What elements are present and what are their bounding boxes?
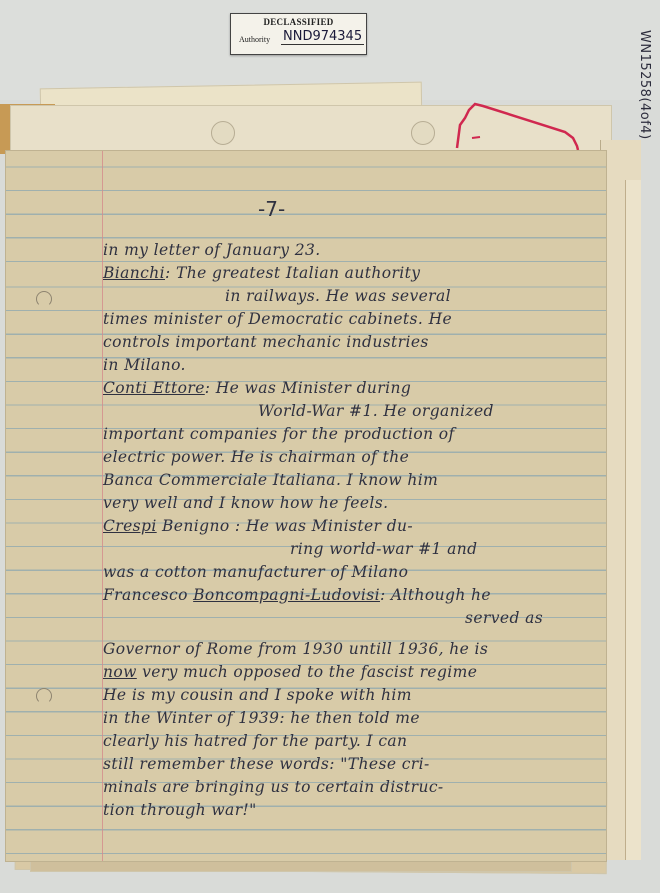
text-line: electric power. He is chairman of the	[103, 448, 409, 466]
text-line: ring world-war #1 and	[290, 540, 478, 558]
stamp-title: DECLASSIFIED	[231, 17, 366, 27]
page-hole-icon	[36, 291, 52, 307]
declassified-stamp: DECLASSIFIED Authority NND974345	[230, 13, 367, 55]
text-line: tion through war!"	[103, 801, 257, 819]
text-line: Governor of Rome from 1930 untill 1936, …	[103, 640, 488, 658]
text-line: was a cotton manufacturer of Milano	[103, 563, 408, 581]
stamp-authority-label: Authority	[239, 35, 270, 44]
text-line: minals are bringing us to certain distru…	[103, 778, 444, 796]
text-line: Francesco Boncompagni-Ludovisi: Although…	[103, 586, 491, 604]
punch-hole	[411, 121, 435, 145]
archive-side-label: WN15258(4of4)	[632, 30, 652, 180]
red-bracket-mark	[455, 100, 585, 150]
text-line: in railways. He was several	[225, 287, 451, 305]
text-line: now very much opposed to the fascist reg…	[103, 663, 477, 681]
name-bianchi: Bianchi	[103, 264, 165, 282]
page-number: -7-	[258, 197, 285, 221]
text-line: in my letter of January 23.	[103, 241, 321, 259]
text-line: Banca Commerciale Italiana. I know him	[103, 471, 438, 489]
name-boncompagni-ludovisi: Boncompagni-Ludovisi	[193, 586, 380, 604]
text-line: important companies for the production o…	[103, 425, 455, 443]
text-line: in the Winter of 1939: he then told me	[103, 709, 420, 727]
text-line: Conti Ettore: He was Minister during	[103, 379, 411, 397]
word-now: now	[103, 663, 137, 681]
text-line: served as	[465, 609, 543, 627]
name-crespi: Crespi	[103, 517, 157, 535]
text-line: He is my cousin and I spoke with him	[103, 686, 412, 704]
stacked-pages-right-2	[625, 180, 641, 860]
text-line: clearly his hatred for the party. I can	[103, 732, 407, 750]
page-hole-icon	[36, 688, 52, 704]
text-line: times minister of Democratic cabinets. H…	[103, 310, 452, 328]
stamp-authority-number: NND974345	[281, 29, 364, 45]
text-line: Crespi Benigno : He was Minister du-	[103, 517, 413, 535]
text-line: controls important mechanic industries	[103, 333, 429, 351]
text-line: Bianchi: The greatest Italian authority	[103, 264, 420, 282]
punch-hole	[211, 121, 235, 145]
text-line: still remember these words: "These cri-	[103, 755, 430, 773]
text-line: very well and I know how he feels.	[103, 494, 388, 512]
text-line: in Milano.	[103, 356, 186, 374]
text-line: World-War #1. He organized	[258, 402, 494, 420]
name-conti-ettore: Conti Ettore	[103, 379, 205, 397]
